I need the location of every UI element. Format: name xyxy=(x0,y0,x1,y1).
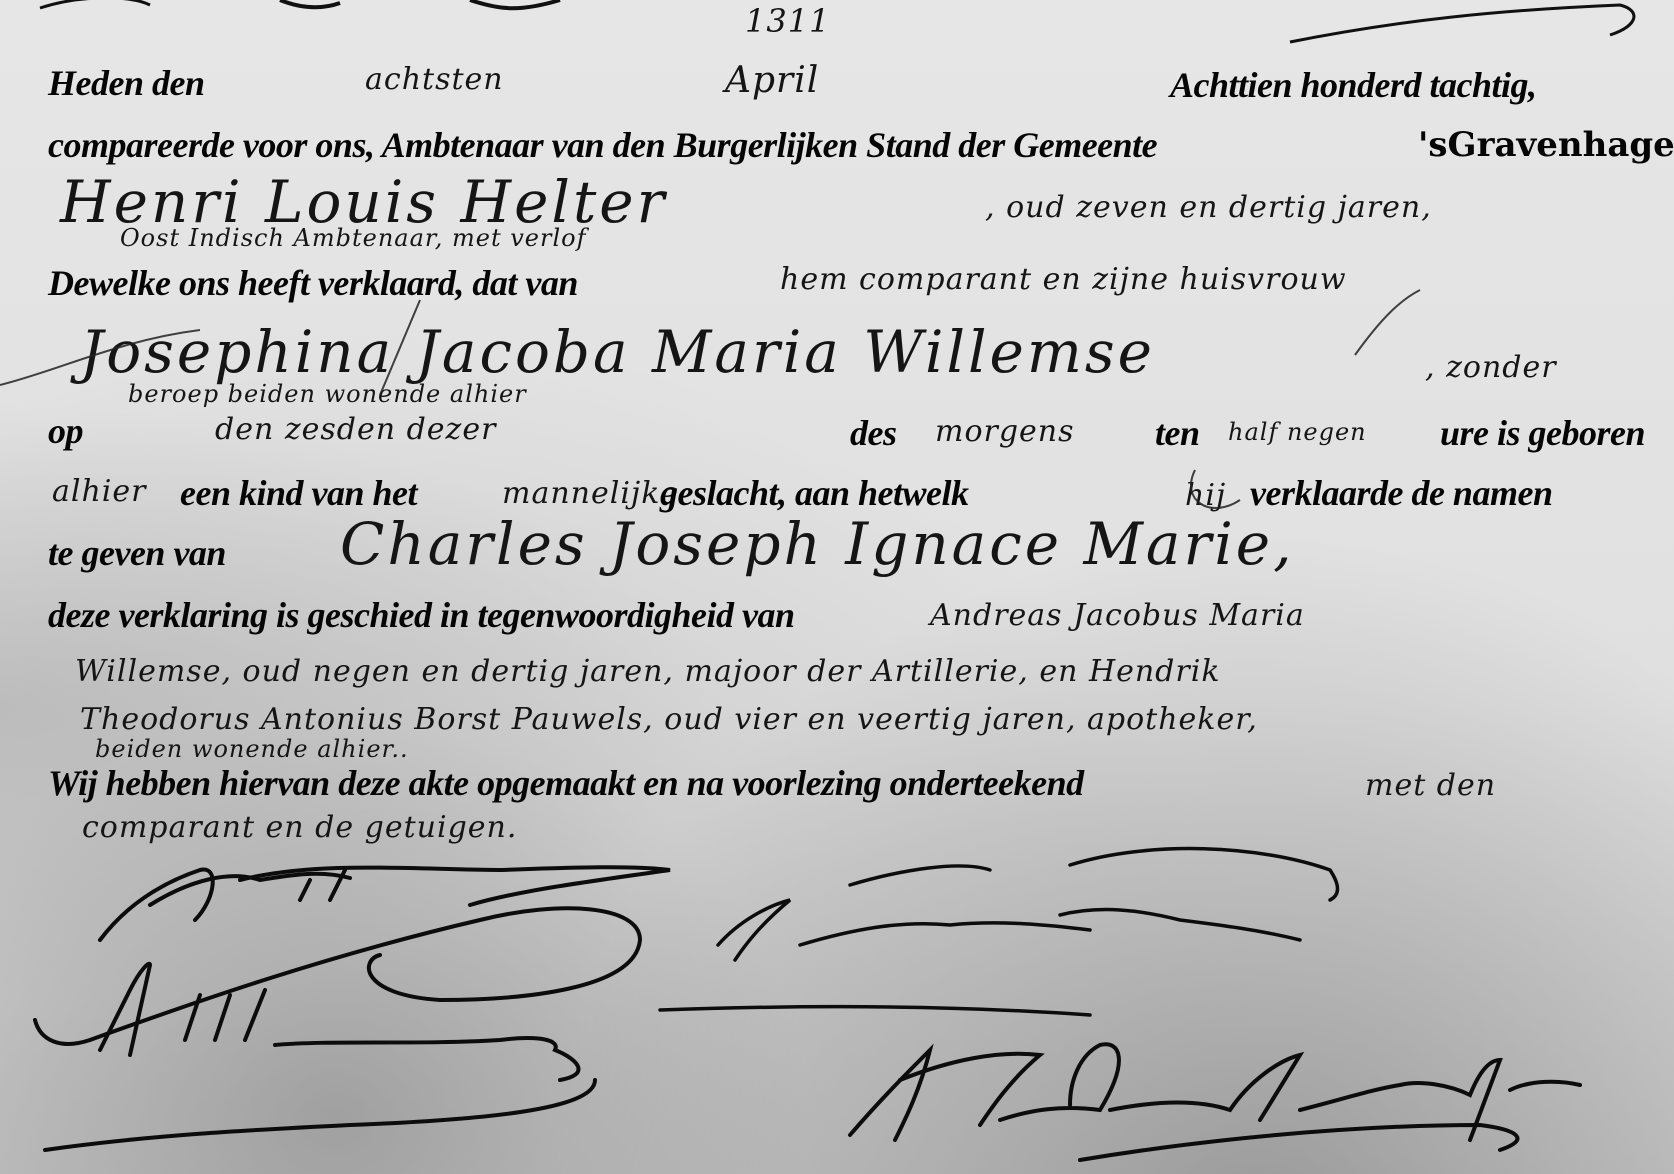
signature-van-der-dreijs xyxy=(850,1044,1580,1160)
signature-helter xyxy=(100,867,670,940)
signature-borst-pauwels xyxy=(660,849,1338,1015)
scanned-birth-record: 1311 Heden den achtsten April Achttien h… xyxy=(0,0,1674,1174)
signature-willemse xyxy=(35,908,640,1150)
signature-strokes xyxy=(0,0,1674,1174)
